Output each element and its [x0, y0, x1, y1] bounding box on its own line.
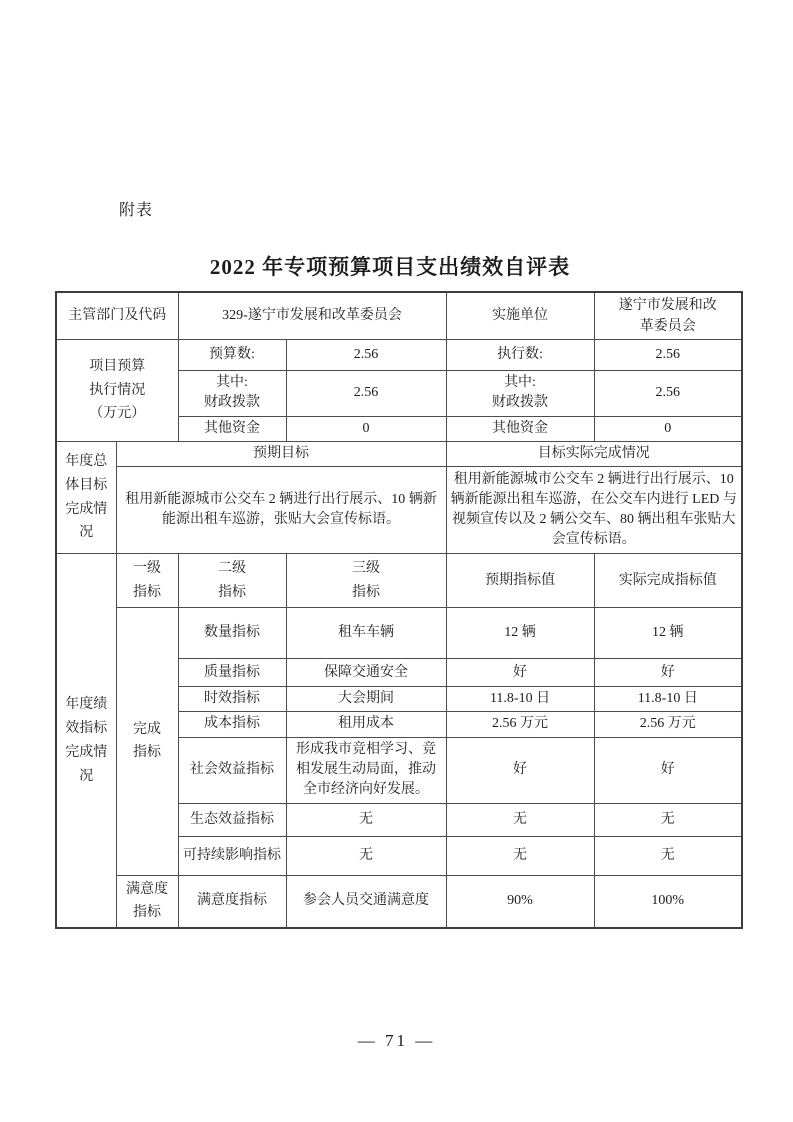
budget-number-value: 2.56 [286, 340, 446, 371]
execution-number-label: 执行数: [446, 340, 594, 371]
indicators-section-label: 年度绩效指标完成情况 [56, 554, 116, 929]
quality-expected-value: 好 [446, 659, 594, 687]
self-evaluation-table: 主管部门及代码 329-遂宁市发展和改革委员会 实施单位 遂宁市发展和改革委员会… [55, 291, 743, 929]
level1-satisfaction-indicator-label: 满意度指标 [116, 875, 178, 928]
table-row: 年度绩效指标完成情况 一级指标 二级指标 三级指标 预期指标值 实际完成指标值 [56, 554, 742, 608]
quantity-actual-value: 12 辆 [594, 608, 742, 659]
fiscal-appropriation-label-budget: 其中: 财政拨款 [178, 371, 286, 417]
table-row: 租用新能源城市公交车 2 辆进行出行展示、10 辆新能源出租车巡游，张贴大会宣传… [56, 467, 742, 554]
cost-indicator-label: 成本指标 [178, 712, 286, 737]
satisfaction-expected-value: 90% [446, 875, 594, 928]
cost-actual-value: 2.56 万元 [594, 712, 742, 737]
sustainability-indicator-label: 可持续影响指标 [178, 836, 286, 875]
other-funds-exec-value: 0 [594, 416, 742, 441]
social-benefit-expected-value: 好 [446, 737, 594, 803]
page-number: — 71 — [0, 1031, 793, 1051]
cost-indicator-name: 租用成本 [286, 712, 446, 737]
dept-code-value: 329-遂宁市发展和改革委员会 [178, 292, 446, 340]
table-row: 完成指标 数量指标 租车车辆 12 辆 12 辆 [56, 608, 742, 659]
col-header-level2: 二级指标 [178, 554, 286, 608]
impl-unit-value: 遂宁市发展和改革委员会 [594, 292, 742, 340]
fiscal-appropriation-exec-value: 2.56 [594, 371, 742, 417]
satisfaction-actual-value: 100% [594, 875, 742, 928]
page-title: 2022 年专项预算项目支出绩效自评表 [0, 251, 780, 281]
other-funds-label-exec: 其他资金 [446, 416, 594, 441]
eco-benefit-indicator-name: 无 [286, 803, 446, 836]
actual-goal-text: 租用新能源城市公交车 2 辆进行出行展示、10 辆新能源出租车巡游，在公交车内进… [446, 467, 742, 554]
dept-code-label: 主管部门及代码 [56, 292, 178, 340]
col-header-level1: 一级指标 [116, 554, 178, 608]
eco-benefit-actual-value: 无 [594, 803, 742, 836]
social-benefit-actual-value: 好 [594, 737, 742, 803]
col-header-actual-value: 实际完成指标值 [594, 554, 742, 608]
quantity-indicator-name: 租车车辆 [286, 608, 446, 659]
actual-goal-header: 目标实际完成情况 [446, 441, 742, 466]
sustainability-actual-value: 无 [594, 836, 742, 875]
col-header-level3: 三级指标 [286, 554, 446, 608]
satisfaction-indicator-name: 参会人员交通满意度 [286, 875, 446, 928]
execution-number-value: 2.56 [594, 340, 742, 371]
timeliness-indicator-label: 时效指标 [178, 687, 286, 712]
satisfaction-indicator-label: 满意度指标 [178, 875, 286, 928]
sustainability-expected-value: 无 [446, 836, 594, 875]
quality-indicator-label: 质量指标 [178, 659, 286, 687]
table-row: 年度总体目标完成情况 预期目标 目标实际完成情况 [56, 441, 742, 466]
expected-goal-text: 租用新能源城市公交车 2 辆进行出行展示、10 辆新能源出租车巡游，张贴大会宣传… [116, 467, 446, 554]
annex-label: 附表 [119, 197, 153, 220]
table-row: 项目预算执行情况（万元） 预算数: 2.56 执行数: 2.56 [56, 340, 742, 371]
sustainability-indicator-name: 无 [286, 836, 446, 875]
timeliness-expected-value: 11.8-10 日 [446, 687, 594, 712]
fiscal-appropriation-label-exec: 其中: 财政拨款 [446, 371, 594, 417]
quality-indicator-name: 保障交通安全 [286, 659, 446, 687]
timeliness-actual-value: 11.8-10 日 [594, 687, 742, 712]
fiscal-appropriation-budget-value: 2.56 [286, 371, 446, 417]
timeliness-indicator-name: 大会期间 [286, 687, 446, 712]
table-row: 满意度指标 满意度指标 参会人员交通满意度 90% 100% [56, 875, 742, 928]
budget-number-label: 预算数: [178, 340, 286, 371]
other-funds-budget-value: 0 [286, 416, 446, 441]
expected-goal-header: 预期目标 [116, 441, 446, 466]
social-benefit-indicator-label: 社会效益指标 [178, 737, 286, 803]
table-row: 主管部门及代码 329-遂宁市发展和改革委员会 实施单位 遂宁市发展和改革委员会 [56, 292, 742, 340]
social-benefit-indicator-name: 形成我市竞相学习、竞相发展生动局面，推动全市经济向好发展。 [286, 737, 446, 803]
col-header-expected-value: 预期指标值 [446, 554, 594, 608]
annual-goal-section-label: 年度总体目标完成情况 [56, 441, 116, 553]
quantity-indicator-label: 数量指标 [178, 608, 286, 659]
budget-section-label: 项目预算执行情况（万元） [56, 340, 178, 442]
quality-actual-value: 好 [594, 659, 742, 687]
eco-benefit-expected-value: 无 [446, 803, 594, 836]
quantity-expected-value: 12 辆 [446, 608, 594, 659]
cost-expected-value: 2.56 万元 [446, 712, 594, 737]
eco-benefit-indicator-label: 生态效益指标 [178, 803, 286, 836]
other-funds-label-budget: 其他资金 [178, 416, 286, 441]
level1-complete-indicator-label: 完成指标 [116, 608, 178, 875]
impl-unit-label: 实施单位 [446, 292, 594, 340]
document-page: 附表 2022 年专项预算项目支出绩效自评表 主管部门及代码 329-遂宁市发展… [0, 0, 793, 1122]
